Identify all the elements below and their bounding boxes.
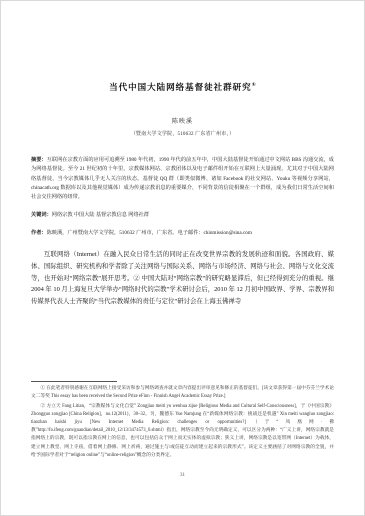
abstract-text: 互联网在宗教方面的应用可追溯至 1980 年代初，1990 年代的前五年中，中国… — [31, 157, 334, 200]
author-info-text: 陈映溪，广州暨南大学文学院，510632 广州市，广东省。电子邮件：chinmi… — [47, 230, 252, 236]
author-info-label: 作者： — [31, 230, 47, 236]
footnote-1: ① 在此笔者特别感谢在互联网络上接受采访和参与网络调查并就文章内容提出评审意见和… — [31, 385, 334, 401]
author-affiliation: （暨南大学文学院，510632 广东省广州市，） — [31, 130, 334, 137]
footnote-divider — [31, 381, 117, 382]
page-content: 当代中国大陆网络基督徒社群研究① 陈映溪 （暨南大学文学院，510632 广东省… — [1, 81, 364, 308]
keywords-text: 网络宗教 中国大陆 基督宗教信息 网络社群 — [52, 212, 149, 218]
paper-page: 当代中国大陆网络基督徒社群研究① 陈映溪 （暨南大学文学院，510632 广东省… — [0, 0, 365, 516]
abstract-label: 摘要： — [31, 157, 47, 163]
author-name: 陈映溪 — [31, 116, 334, 125]
body-paragraph: 互联网络（Internet）在融入民众日常生活的同时正在改变世界宗教的发展轨迹和… — [31, 249, 334, 308]
title-text: 当代中国大陆网络基督徒社群研究 — [109, 83, 252, 93]
footnotes-section: ① 在此笔者特别感谢在互联网络上接受采访和参与网络调查并就文章内容提出评审意见和… — [31, 381, 334, 462]
page-number: 31 — [1, 473, 364, 478]
author-info-line: 作者：陈映溪，广州暨南大学文学院，510632 广州市，广东省。电子邮件：chi… — [31, 229, 334, 236]
title-footnote-marker: ① — [252, 82, 256, 88]
page-title: 当代中国大陆网络基督徒社群研究① — [31, 81, 334, 93]
keywords-label: 关键词： — [31, 212, 52, 218]
abstract-paragraph: 摘要：互联网在宗教方面的应用可追溯至 1980 年代初，1990 年代的前五年中… — [31, 156, 334, 202]
keywords-line: 关键词：网络宗教 中国大陆 基督宗教信息 网络社群 — [31, 211, 334, 218]
footnote-2: ② 方立天 Fang Litian，“宗教媒体与文化自觉” Zongjiao m… — [31, 403, 334, 460]
